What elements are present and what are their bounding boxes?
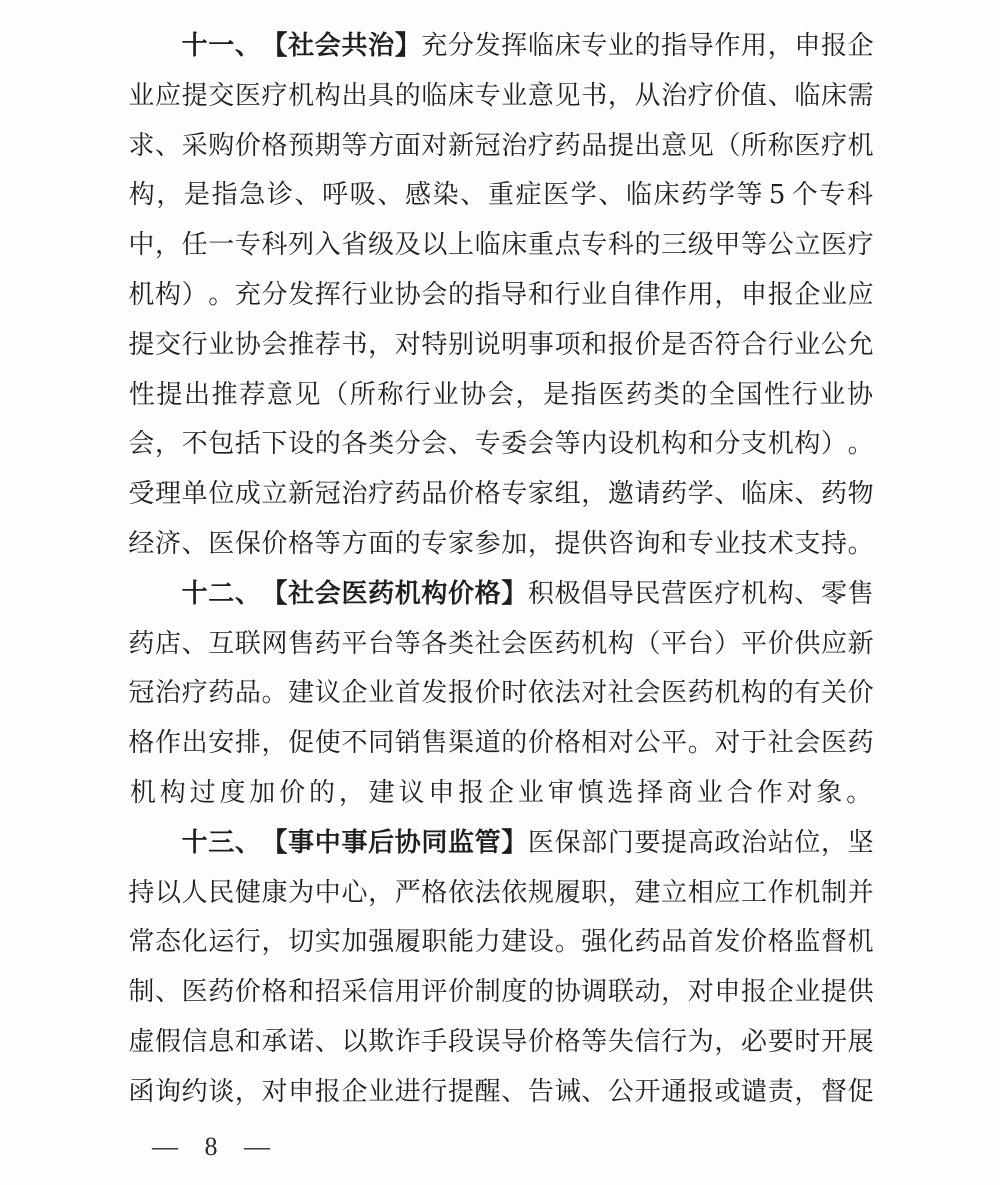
indent xyxy=(128,819,155,869)
section-heading-line: 十一、【社会共治】充分发挥临床专业的指导作用，申报企 xyxy=(128,22,874,72)
document-page: 十一、【社会共治】充分发挥临床专业的指导作用，申报企业应提交医疗机构出具的临床专… xyxy=(0,0,1000,1185)
paragraph-line: 经济、医保价格等方面的专家参加，提供咨询和专业技术支持。 xyxy=(128,520,874,570)
paragraph-line: 冠治疗药品。建议企业首发报价时依法对社会医药机构的有关价 xyxy=(128,669,874,719)
paragraph-line: 会，不包括下设的各类分会、专委会等内设机构和分支机构）。 xyxy=(128,420,874,470)
paragraph-line: 构，是指急诊、呼吸、感染、重症医学、临床药学等5个专科 xyxy=(128,171,874,221)
indent xyxy=(128,22,155,72)
indent xyxy=(155,819,182,869)
paragraph-line: 函询约谈，对申报企业进行提醒、告诫、公开通报或谴责，督促 xyxy=(128,1068,874,1118)
paragraph-line: 机构过度加价的，建议申报企业审慎选择商业合作对象。 xyxy=(128,769,874,819)
paragraph-line: 中，任一专科列入省级及以上临床重点专科的三级甲等公立医疗 xyxy=(128,221,874,271)
paragraph-line: 常态化运行，切实加强履职能力建设。强化药品首发价格监督机 xyxy=(128,918,874,968)
paragraph-line: 业应提交医疗机构出具的临床专业意见书，从治疗价值、临床需 xyxy=(128,72,874,122)
paragraph-line: 求、采购价格预期等方面对新冠治疗药品提出意见（所称医疗机 xyxy=(128,122,874,172)
paragraph-line: 持以人民健康为中心，严格依法依规履职，建立相应工作机制并 xyxy=(128,869,874,919)
paragraph-line: 受理单位成立新冠治疗药品价格专家组，邀请药学、临床、药物 xyxy=(128,470,874,520)
section-heading-line: 十二、【社会医药机构价格】积极倡导民营医疗机构、零售 xyxy=(128,570,874,620)
page-number: — 8 — xyxy=(152,1132,280,1162)
paragraph-line: 机构）。充分发挥行业协会的指导和行业自律作用，申报企业应 xyxy=(128,271,874,321)
section-heading-line: 十三、【事中事后协同监管】医保部门要提高政治站位，坚 xyxy=(128,819,874,869)
indent xyxy=(128,570,155,620)
paragraph-line: 制、医药价格和招采信用评价制度的协调联动，对申报企业提供 xyxy=(128,968,874,1018)
document-body: 十一、【社会共治】充分发挥临床专业的指导作用，申报企业应提交医疗机构出具的临床专… xyxy=(128,22,874,1118)
paragraph-line: 药店、互联网售药平台等各类社会医药机构（平台）平价供应新 xyxy=(128,620,874,670)
indent xyxy=(155,22,182,72)
paragraph-line: 提交行业协会推荐书，对特别说明事项和报价是否符合行业公允 xyxy=(128,321,874,371)
paragraph-line: 性提出推荐意见（所称行业协会，是指医药类的全国性行业协 xyxy=(128,371,874,421)
paragraph-line: 虚假信息和承诺、以欺诈手段误导价格等失信行为，必要时开展 xyxy=(128,1018,874,1068)
indent xyxy=(155,570,182,620)
paragraph-line: 格作出安排，促使不同销售渠道的价格相对公平。对于社会医药 xyxy=(128,719,874,769)
